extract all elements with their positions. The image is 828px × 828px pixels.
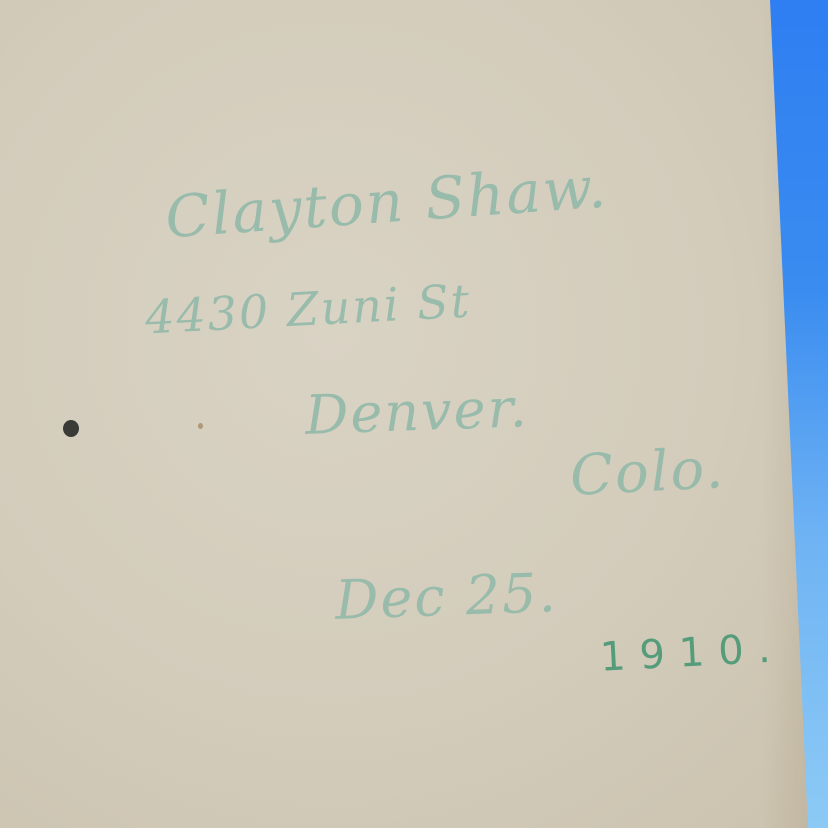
handwritten-year: 1910. (599, 625, 786, 681)
punch-hole-mark (63, 420, 79, 437)
stain-spot (198, 423, 203, 429)
handwritten-state: Colo. (568, 436, 726, 509)
handwritten-city: Denver. (304, 376, 530, 447)
handwritten-date: Dec 25. (334, 561, 559, 632)
